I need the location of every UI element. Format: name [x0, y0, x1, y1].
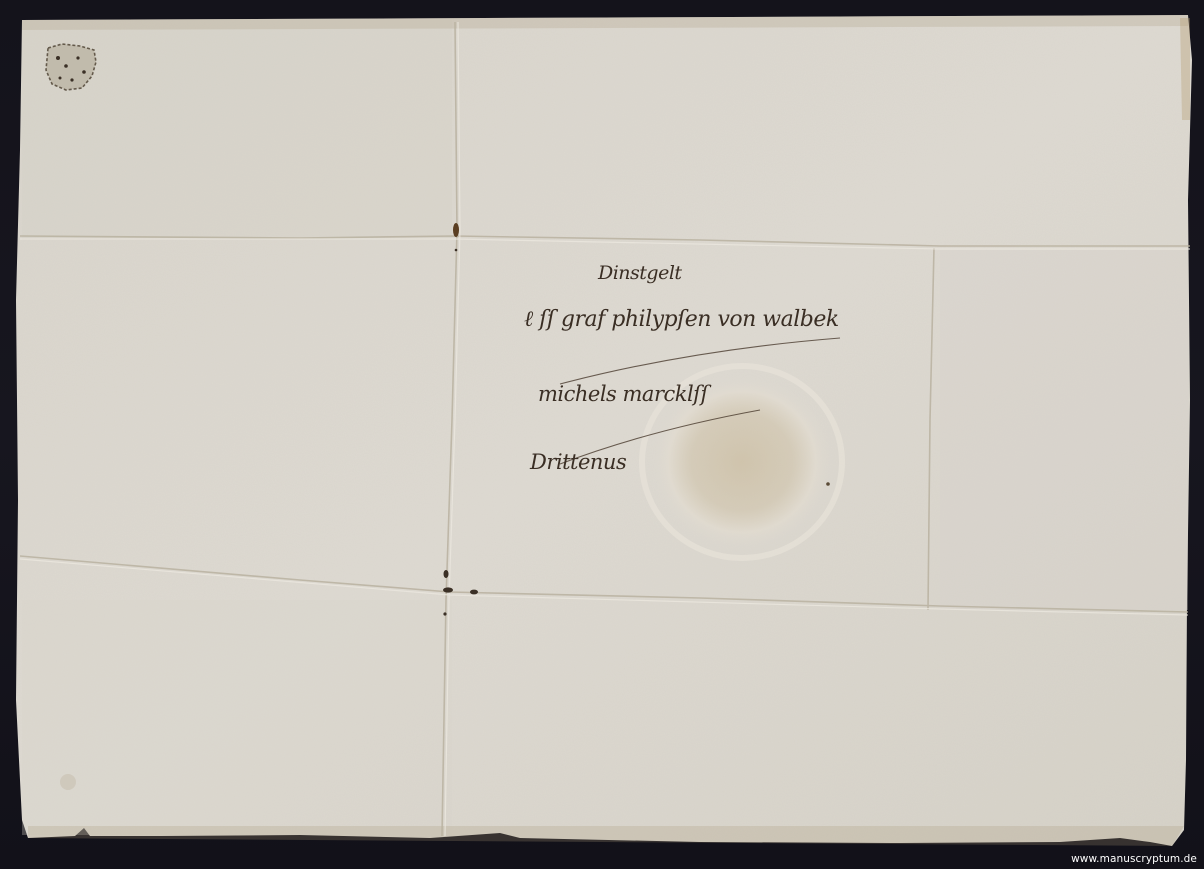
- address-line-1: Dinstgelt: [598, 262, 682, 284]
- address-line-2: ℓ ſſ graf philypſen von walbek: [524, 306, 839, 332]
- watermark-text: www.manuscryptum.de: [1071, 853, 1197, 865]
- address-line-4: Drittenus: [530, 450, 626, 474]
- address-line-3: michels marcklſſ: [538, 382, 708, 406]
- photo-stage: Dinstgelt ℓ ſſ graf philypſen von walbek…: [0, 0, 1204, 869]
- manuscript-paper: [0, 0, 1204, 869]
